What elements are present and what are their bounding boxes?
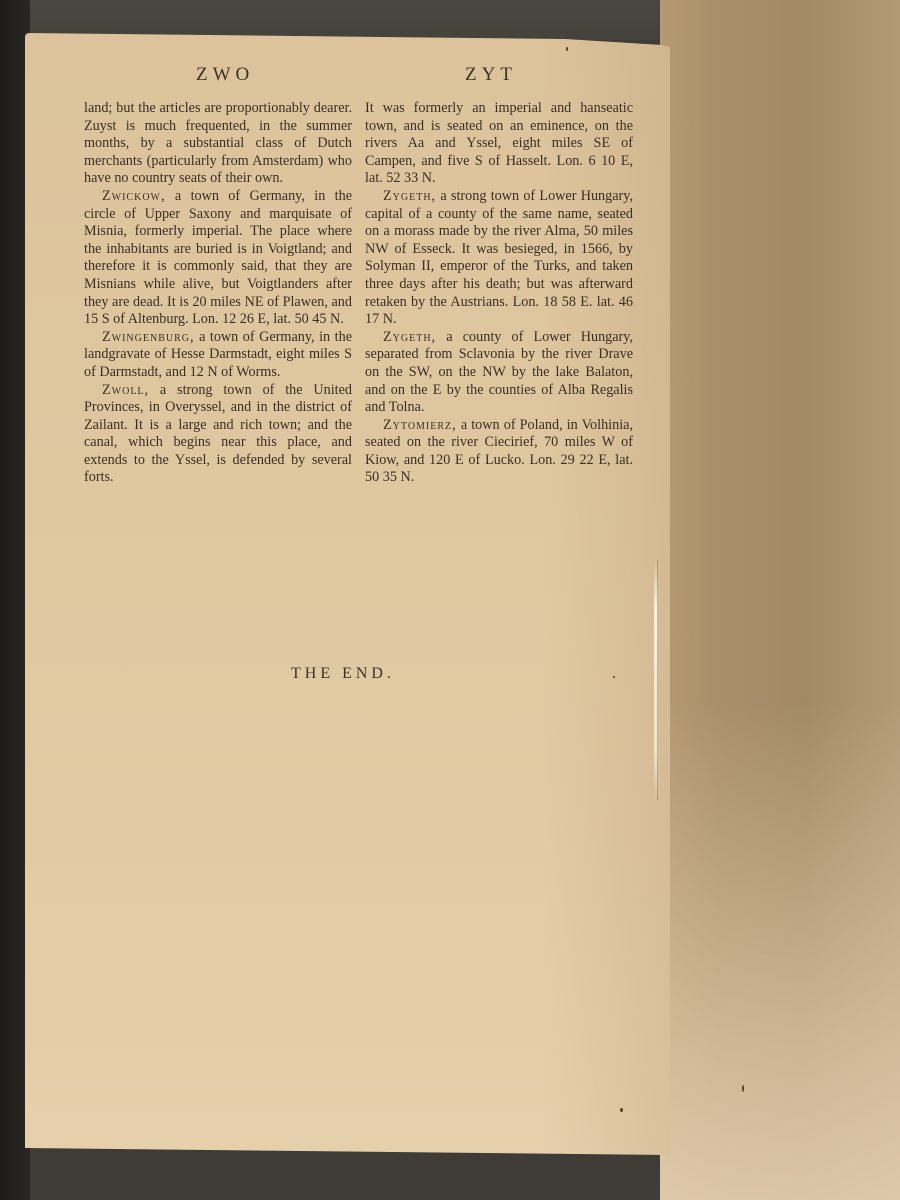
- gazetteer-entry-zwickow: Zwickow, a town of Germany, in the circl…: [84, 188, 352, 329]
- paper-speck: [742, 1085, 744, 1092]
- page-crease: [654, 560, 658, 800]
- right-column: It was formerly an imperial and hanseati…: [365, 100, 633, 487]
- entry-text: land; but the articles are proportionabl…: [84, 100, 352, 186]
- gazetteer-entry-zwoll: Zwoll, a strong town of the United Provi…: [84, 382, 352, 488]
- running-head-right: ZYT: [465, 64, 517, 86]
- entry-text: a town of Germany, in the circle of Uppe…: [84, 188, 352, 327]
- gazetteer-entry-zytomierz: Zytomierz, a town of Poland, in Volhinia…: [365, 417, 633, 487]
- entry-headword: Zwickow,: [102, 188, 166, 204]
- paper-speck: [613, 676, 615, 678]
- entry-text: It was formerly an imperial and hanseati…: [365, 100, 633, 186]
- entry-headword: Zwoll,: [102, 382, 149, 398]
- the-end-colophon: THE END.: [291, 665, 395, 683]
- entry-headword: Zygeth,: [383, 329, 436, 345]
- left-column: land; but the articles are proportionabl…: [84, 100, 352, 487]
- continuation-paragraph: It was formerly an imperial and hanseati…: [365, 100, 633, 188]
- gazetteer-entry-zygeth-county: Zygeth, a county of Lower Hungary, separ…: [365, 329, 633, 417]
- endpaper-highlight: [660, 700, 900, 1200]
- entry-headword: Zytomierz,: [383, 417, 457, 433]
- gazetteer-entry-zygeth-town: Zygeth, a strong town of Lower Hungary, …: [365, 188, 633, 329]
- gazetteer-entry-zwingenburg: Zwingenburg, a town of Germany, in the l…: [84, 329, 352, 382]
- entry-text: a strong town of Lower Hungary, capital …: [365, 188, 633, 327]
- paper-speck: [620, 1108, 623, 1112]
- entry-headword: Zwingenburg,: [102, 329, 195, 345]
- entry-headword: Zygeth,: [383, 188, 436, 204]
- running-head-left: ZWO: [196, 64, 254, 86]
- continuation-paragraph: land; but the articles are proportionabl…: [84, 100, 352, 188]
- paper-speck: [566, 47, 568, 51]
